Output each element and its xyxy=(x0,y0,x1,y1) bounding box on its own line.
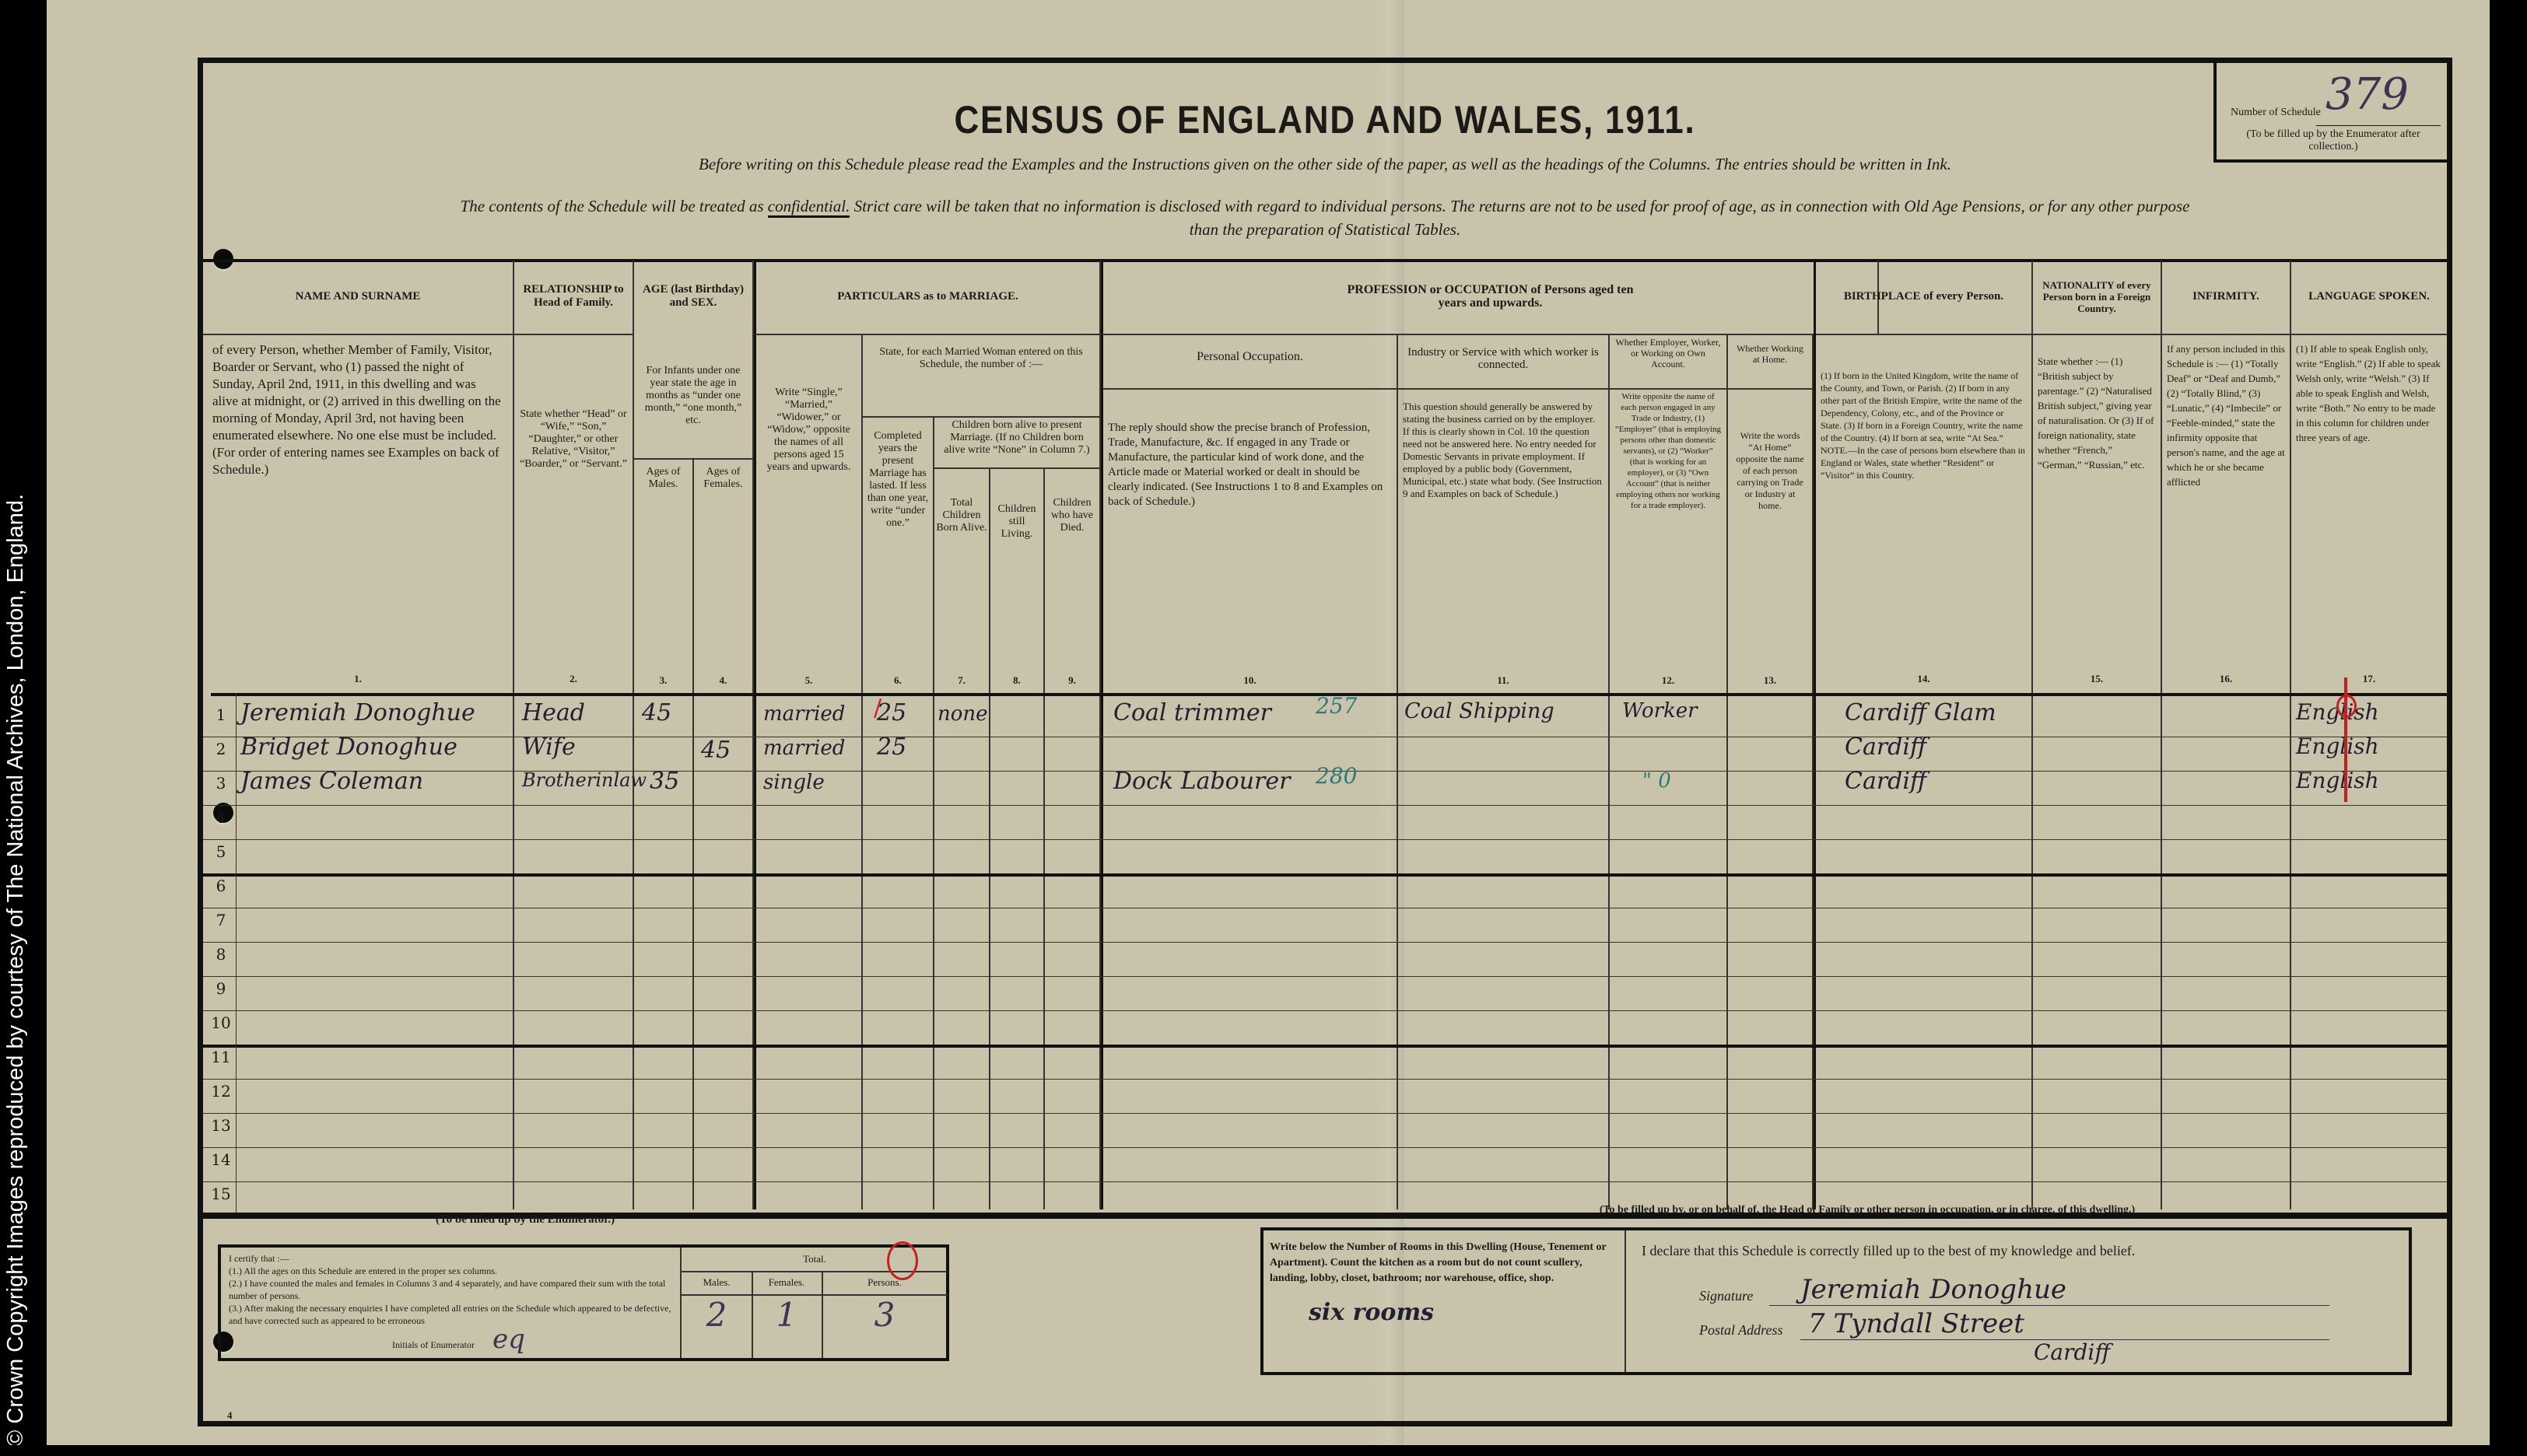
cell-marital: single xyxy=(763,771,825,794)
initials-label: Initials of Enumerator xyxy=(392,1339,475,1350)
row-number: 15 xyxy=(208,1185,234,1203)
cell-birthplace: Cardiff xyxy=(1845,733,1926,761)
address-line-1: 7 Tyndall Street xyxy=(1808,1308,2024,1339)
column-number: 6. xyxy=(863,674,933,695)
cell-occupation: Dock Labourer xyxy=(1113,768,1290,795)
cell-language: English xyxy=(2296,768,2379,793)
column-number: 9. xyxy=(1045,674,1099,695)
cell-relationship: Wife xyxy=(522,733,576,761)
initials-value: eq xyxy=(492,1324,525,1355)
cell-years-married: 25 xyxy=(877,733,906,761)
column-age-desc: For Infants under one year state the age… xyxy=(634,334,754,458)
column-group-age: AGE (last Birthday) and SEX. xyxy=(634,261,754,334)
intro-instruction: Before writing on this Schedule please r… xyxy=(203,155,2447,174)
household-declaration-box: Write below the Number of Rooms in this … xyxy=(1260,1227,2412,1375)
column-group-occupation: PROFESSION or OCCUPATION of Persons aged… xyxy=(1101,261,1879,334)
column-number: 5. xyxy=(756,674,861,695)
signature-value: Jeremiah Donoghue xyxy=(1800,1274,2066,1305)
copyright-attribution: © Crown Copyright Images reproduced by c… xyxy=(3,373,29,1447)
declaration-text: I declare that this Schedule is correctl… xyxy=(1642,1243,2135,1259)
address-line-2: Cardiff xyxy=(2034,1339,2110,1365)
cell-birthplace: Cardiff xyxy=(1845,768,1926,795)
row-number: 10 xyxy=(208,1013,234,1032)
cell-employment: Worker xyxy=(1622,699,1698,723)
column-number: 8. xyxy=(990,674,1043,695)
column-number: 15. xyxy=(2033,673,2161,693)
row-number: 9 xyxy=(208,979,234,998)
column-number: 17. xyxy=(2291,673,2447,693)
cell-relationship: Brotherinlaw xyxy=(522,769,647,791)
cell-occupation: Coal trimmer xyxy=(1113,699,1271,726)
red-correction-mark: / xyxy=(874,695,881,722)
red-circle-mark xyxy=(887,1241,918,1280)
cell-name: James Coleman xyxy=(240,768,423,795)
row-number: 7 xyxy=(208,911,234,929)
column-header: PARTICULARS as to MARRIAGE. xyxy=(756,261,1099,332)
row-number: 11 xyxy=(208,1048,234,1066)
totals-females: Females. 1 xyxy=(752,1271,823,1358)
column-number: 14. xyxy=(1816,673,2031,693)
column-header: AGE (last Birthday) and SEX. xyxy=(634,261,752,332)
totals-persons: Persons. 3 xyxy=(822,1271,948,1358)
schedule-number-value: 379 xyxy=(2325,69,2409,120)
column-number: 7. xyxy=(934,674,989,695)
row-number: 5 xyxy=(208,842,234,861)
column-number: 12. xyxy=(1610,674,1726,695)
cell-employment: " 0 xyxy=(1642,769,1671,793)
column-header: INFIRMITY. xyxy=(2162,261,2290,332)
confidentiality-notice: The contents of the Schedule will be tre… xyxy=(203,197,2447,216)
page-number: 4 xyxy=(227,1409,233,1422)
cell-name: Jeremiah Donoghue xyxy=(240,699,475,726)
column-header: RELATIONSHIP to Head of Family. xyxy=(514,261,633,332)
column-number: 16. xyxy=(2162,673,2290,693)
enumerator-title: (To be filled up by the Enumerator.) xyxy=(436,1213,615,1227)
column-header: PROFESSION or OCCUPATION of Persons aged… xyxy=(1103,261,1877,332)
rooms-value: six rooms xyxy=(1309,1305,1657,1321)
column-header: BIRTHPLACE of every Person. xyxy=(1816,261,2031,332)
row-number: 4 xyxy=(208,808,234,827)
column-description: State whether “Head” or “Wife,” “Son,” “… xyxy=(519,408,628,471)
cell-relationship: Head xyxy=(522,699,585,726)
column-group-marriage: PARTICULARS as to MARRIAGE. xyxy=(754,261,1101,334)
red-check-line xyxy=(2344,677,2347,802)
cell-occupation-code: 280 xyxy=(1316,763,1357,789)
cell-marital: married xyxy=(763,737,845,760)
household-title: (To be filled up by, or on behalf of, th… xyxy=(1292,1204,2443,1216)
cell-birthplace: Cardiff Glam xyxy=(1845,699,1996,726)
column-number: 11. xyxy=(1398,674,1608,695)
column-description: of every Person, whether Member of Famil… xyxy=(212,341,503,478)
confidential-emphasis: confidential. xyxy=(768,197,850,218)
column-number: 3. xyxy=(634,674,692,695)
row-number: 13 xyxy=(208,1116,234,1135)
enumerator-certificate: I certify that :— (1.) All the ages on t… xyxy=(218,1244,949,1361)
totals-males: Males. 2 xyxy=(682,1271,753,1358)
rooms-instruction: Write below the Number of Rooms in this … xyxy=(1263,1230,1626,1372)
column-number: 2. xyxy=(514,673,633,693)
row-number: 6 xyxy=(208,877,234,895)
cell-children-born: none xyxy=(938,702,988,726)
column-number: 4. xyxy=(694,674,752,695)
column-number: 1. xyxy=(203,673,513,693)
confidentiality-notice-cont: than the preparation of Statistical Tabl… xyxy=(203,220,2447,240)
cell-industry: Coal Shipping xyxy=(1404,699,1554,723)
column-header: NAME AND SURNAME xyxy=(203,261,513,332)
column-married-woman-group: State, for each Married Woman entered on… xyxy=(863,334,1101,416)
row-number: 12 xyxy=(208,1082,234,1101)
row-number: 3 xyxy=(208,774,234,793)
cell-occupation-code: 257 xyxy=(1316,693,1357,719)
cell-age-male: 45 xyxy=(642,699,671,726)
cell-marital: married xyxy=(763,702,845,726)
column-header: NATIONALITY of every Person born in a Fo… xyxy=(2033,261,2161,332)
postal-address-label: Postal Address xyxy=(1699,1322,1783,1339)
schedule-number-box: Number of Schedule 379 (To be filled up … xyxy=(2213,63,2447,163)
column-number: 13. xyxy=(1728,674,1812,695)
cell-age-male: 35 xyxy=(650,768,679,795)
form-title: CENSUS OF ENGLAND AND WALES, 1911. xyxy=(338,97,2312,142)
cell-age-female: 45 xyxy=(701,737,731,764)
column-number: 10. xyxy=(1103,674,1397,695)
column-children-group: Children born alive to present Marriage.… xyxy=(934,416,1101,467)
row-number: 1 xyxy=(208,705,234,724)
schedule-number-label: Number of Schedule xyxy=(2231,107,2321,119)
row-number: 14 xyxy=(208,1150,234,1169)
cell-language: English xyxy=(2296,733,2379,759)
schedule-number-note: (To be filled up by the Enumerator after… xyxy=(2224,128,2442,153)
signature-label: Signature xyxy=(1699,1288,1753,1304)
column-header: LANGUAGE SPOKEN. xyxy=(2291,261,2447,332)
row-number: 2 xyxy=(208,740,234,758)
cell-name: Bridget Donoghue xyxy=(240,733,457,761)
row-number: 8 xyxy=(208,945,234,964)
